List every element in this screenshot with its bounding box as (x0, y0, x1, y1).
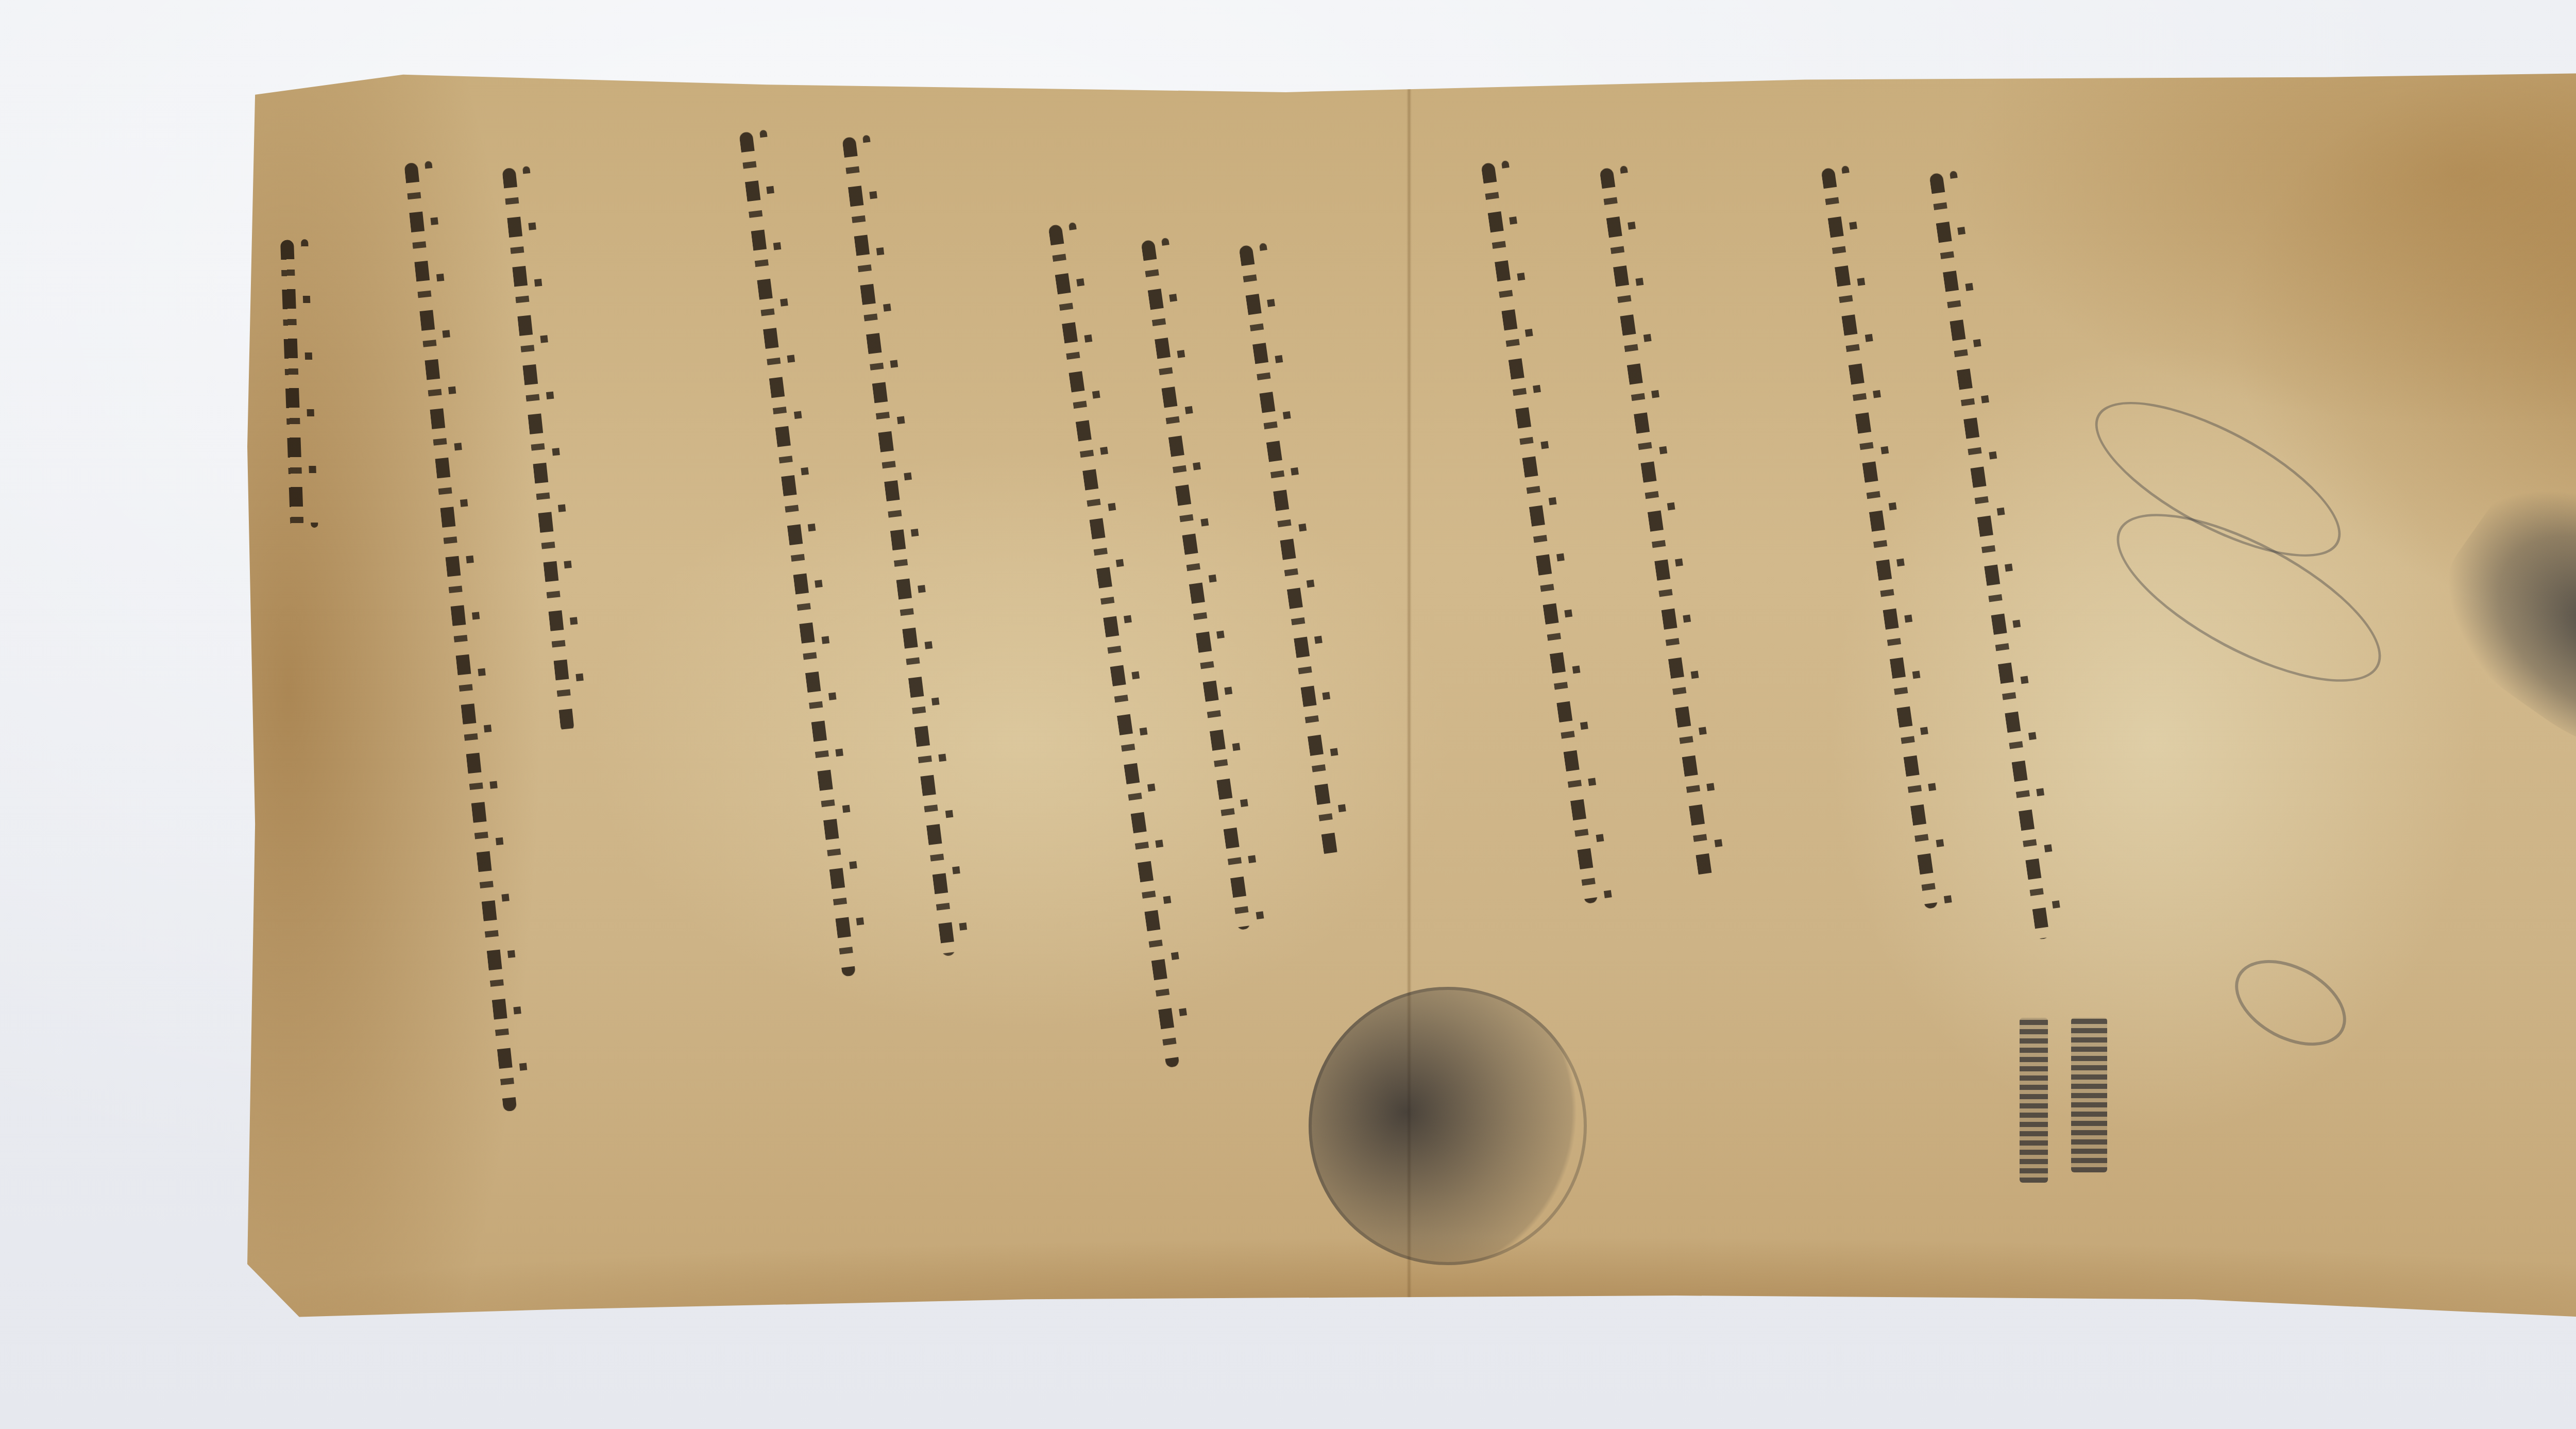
manuscript-sheet (247, 70, 2576, 1327)
pencil-scribble (2409, 446, 2576, 806)
text-line-9 (1481, 162, 1598, 904)
text-line-2 (404, 162, 517, 1112)
text-line-10 (1599, 167, 1713, 884)
text-line-12 (1929, 173, 2050, 940)
text-line-1 (280, 240, 304, 529)
text-line-3 (502, 167, 574, 733)
pencil-sketch-3 (2221, 943, 2361, 1063)
text-line-8 (1239, 245, 1338, 859)
text-line-5 (842, 137, 956, 956)
pencil-tally-1 (2020, 1018, 2048, 1183)
text-line-11 (1821, 167, 1938, 910)
text-line-4 (739, 131, 856, 977)
pencil-tally-2 (2071, 1018, 2107, 1172)
seal-impression (1309, 987, 1587, 1265)
